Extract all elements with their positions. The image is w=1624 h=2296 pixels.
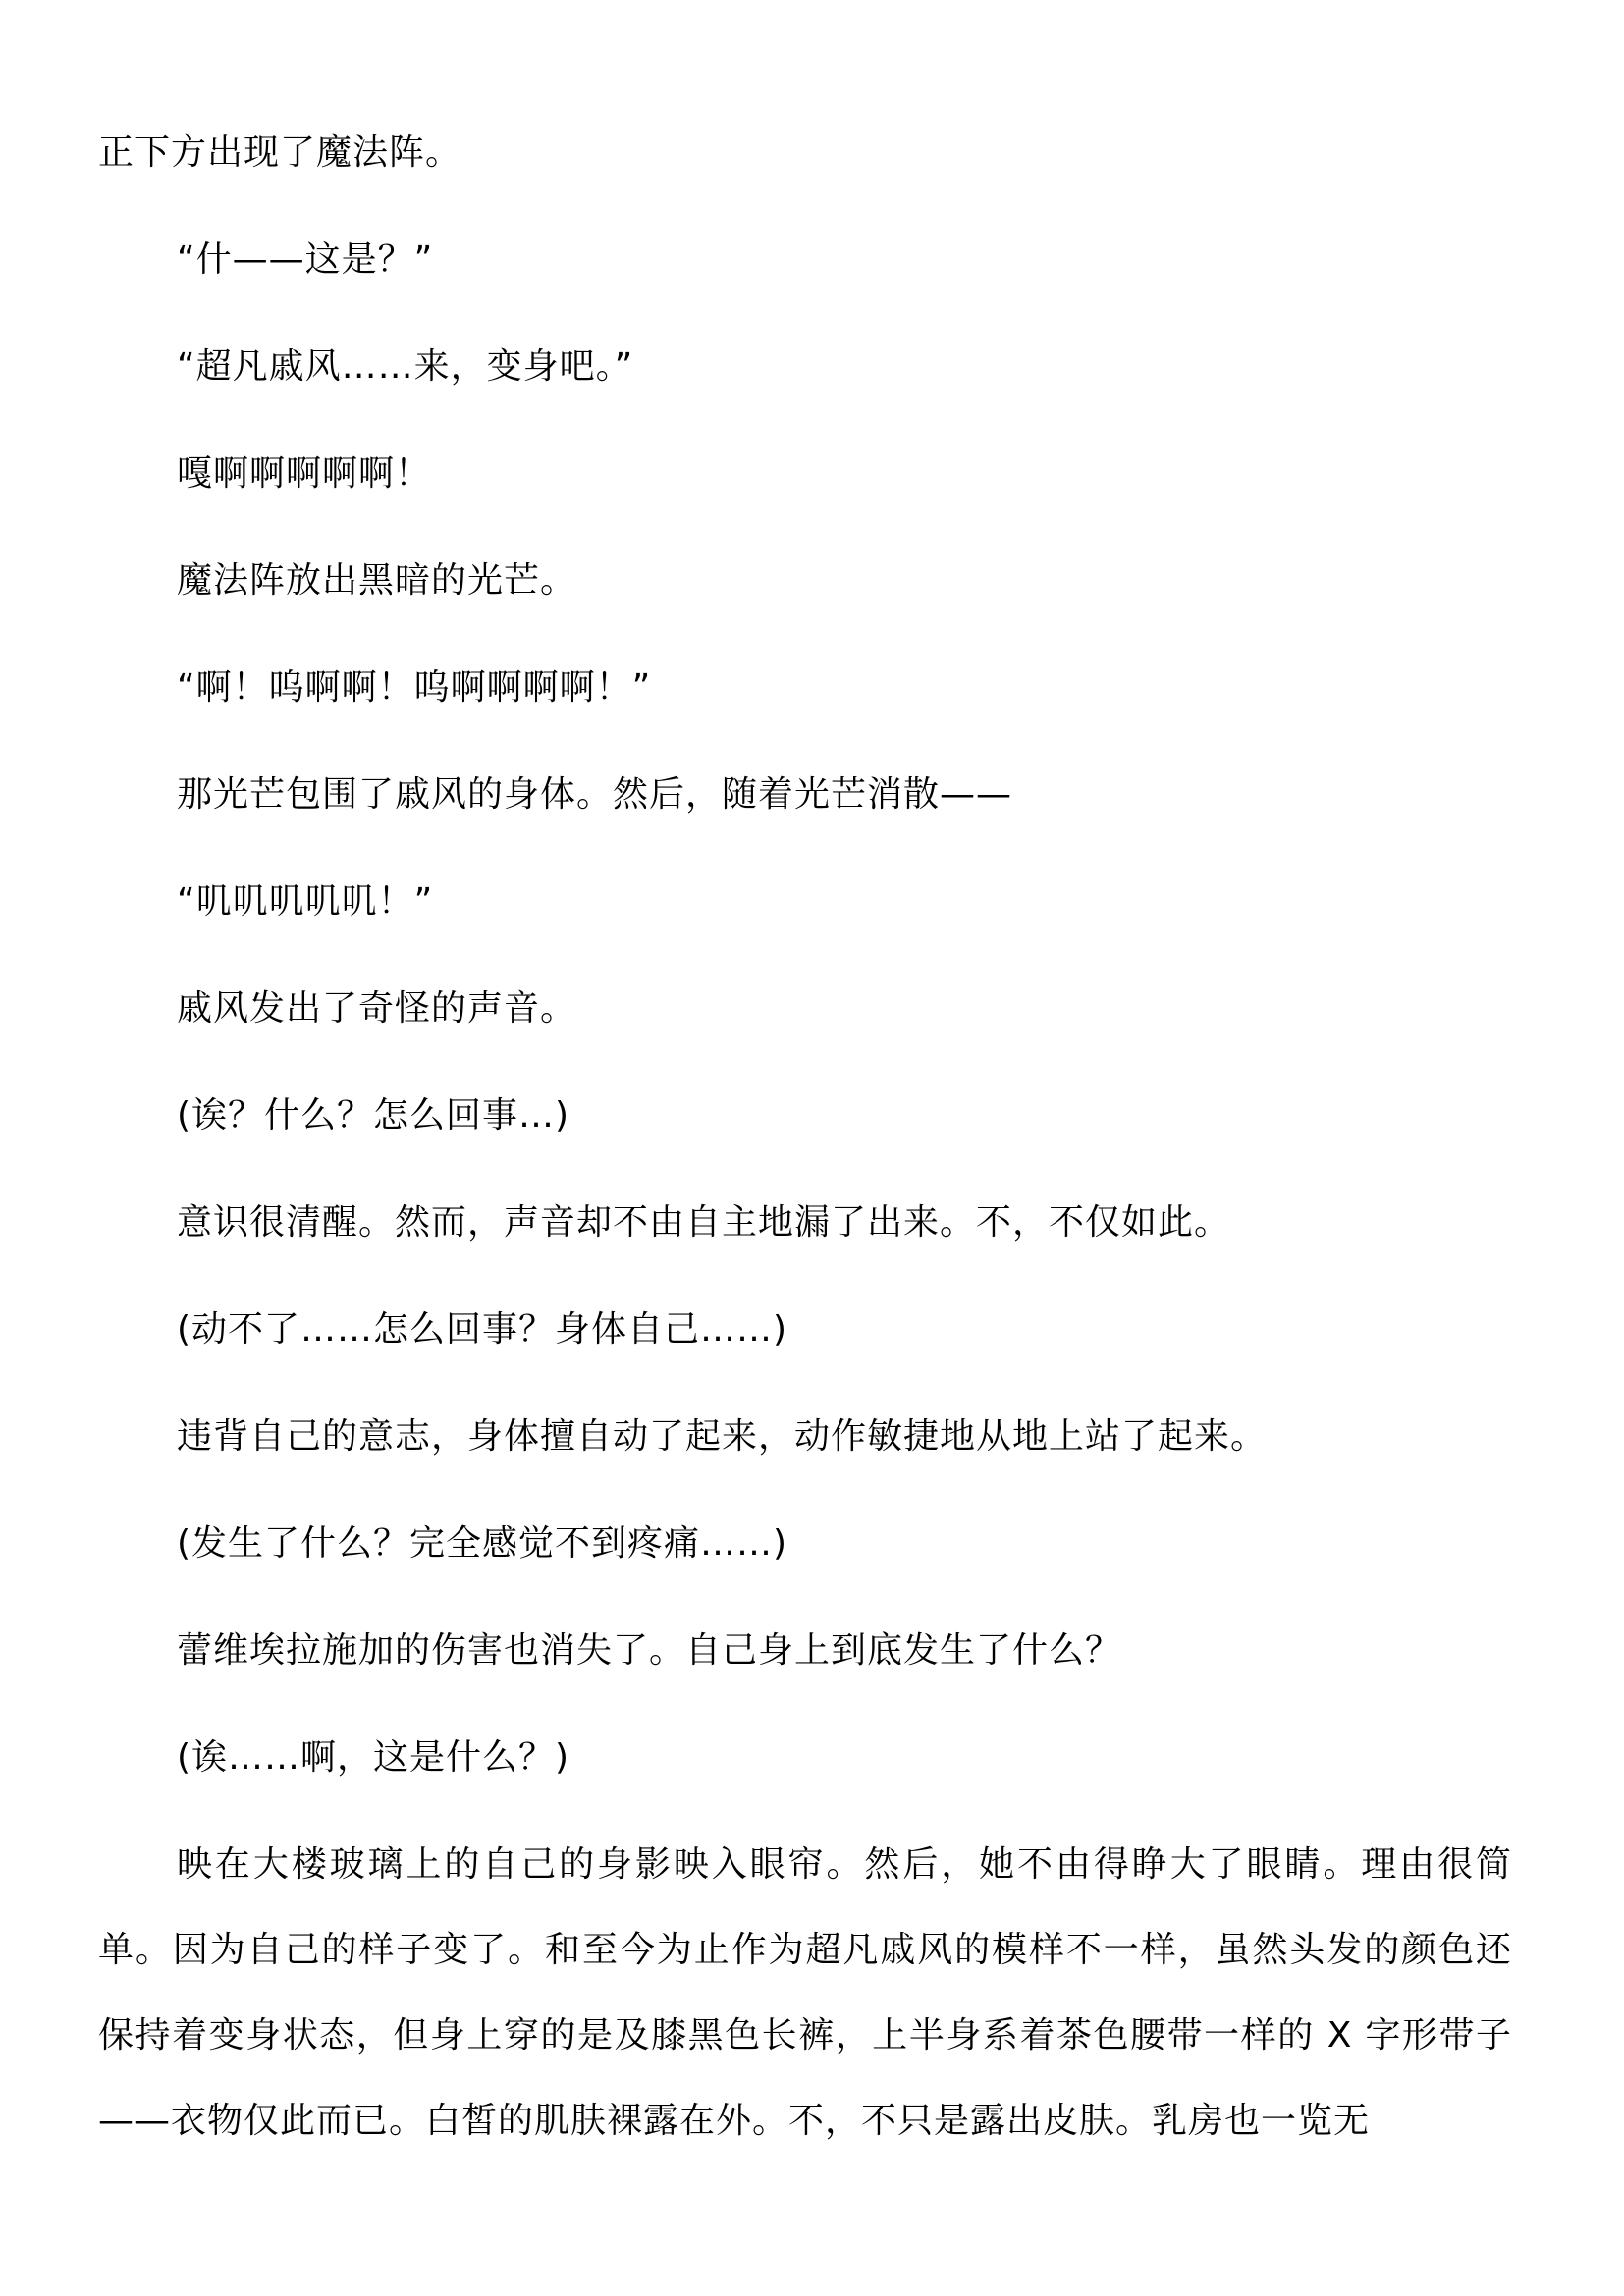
paragraph-11: 意识很清醒。然而，声音却不由自主地漏了出来。不，不仅如此。 xyxy=(98,1180,1512,1265)
paragraph-4: 嘎啊啊啊啊啊！ xyxy=(98,431,1512,516)
paragraph-12: (动不了……怎么回事？身体自己……) xyxy=(98,1287,1512,1372)
paragraph-13: 违背自己的意志，身体擅自动了起来，动作敏捷地从地上站了起来。 xyxy=(98,1394,1512,1479)
paragraph-7: 那光芒包围了戚风的身体。然后，随着光芒消散—— xyxy=(98,752,1512,837)
document-page: 正下方出现了魔法阵。 “什——这是？” “超凡戚风……来，变身吧。” 嘎啊啊啊啊… xyxy=(98,110,1512,2185)
paragraph-10: (诶？什么？怎么回事…) xyxy=(98,1073,1512,1158)
paragraph-1: 正下方出现了魔法阵。 xyxy=(98,110,1512,195)
paragraph-17: 映在大楼玻璃上的自己的身影映入眼帘。然后，她不由得睁大了眼睛。理由很简单。因为自… xyxy=(98,1822,1512,2163)
paragraph-9: 戚风发出了奇怪的声音。 xyxy=(98,966,1512,1051)
paragraph-15: 蕾维埃拉施加的伤害也消失了。自己身上到底发生了什么？ xyxy=(98,1608,1512,1693)
paragraph-14: (发生了什么？完全感觉不到疼痛……) xyxy=(98,1501,1512,1586)
paragraph-16: (诶……啊，这是什么？) xyxy=(98,1715,1512,1800)
paragraph-8: “叽叽叽叽叽！” xyxy=(98,859,1512,944)
paragraph-3: “超凡戚风……来，变身吧。” xyxy=(98,324,1512,409)
paragraph-6: “啊！呜啊啊！呜啊啊啊啊！” xyxy=(98,645,1512,730)
paragraph-2: “什——这是？” xyxy=(98,217,1512,302)
paragraph-5: 魔法阵放出黑暗的光芒。 xyxy=(98,538,1512,623)
